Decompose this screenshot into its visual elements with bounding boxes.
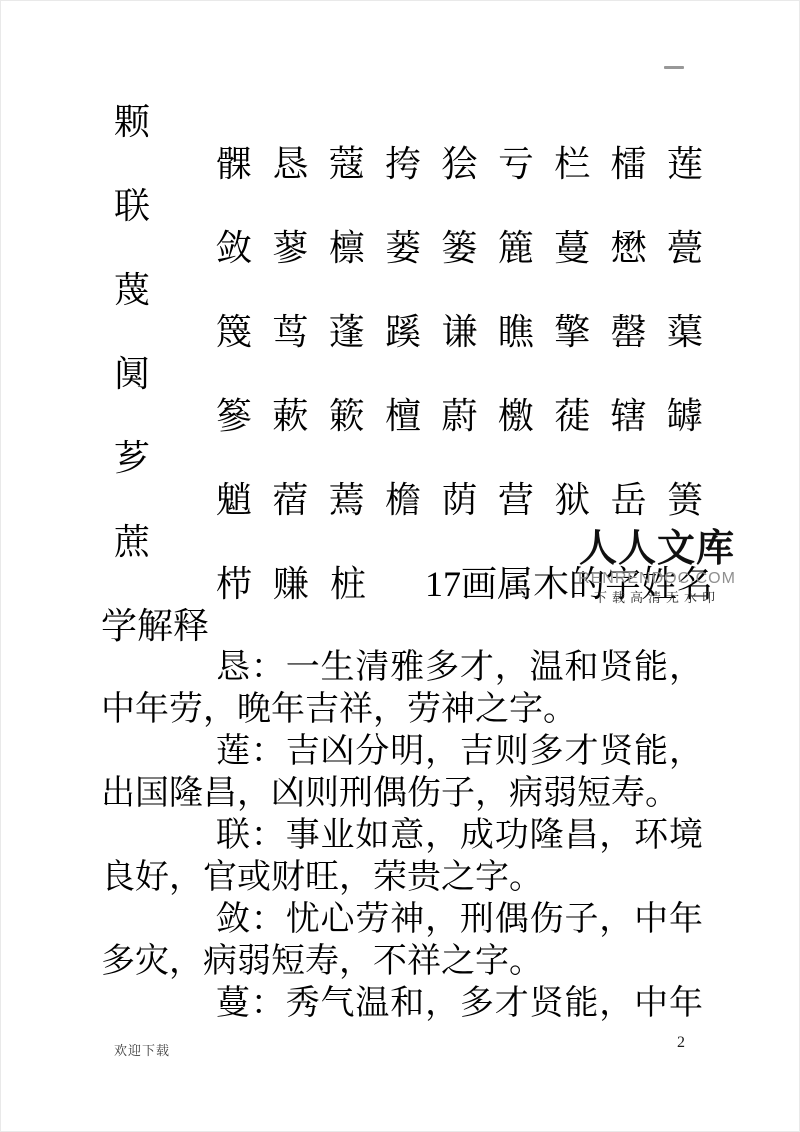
paragraph-line: 联：事业如意，成功隆昌，环境 [101,815,703,857]
watermark-brand: 人人文库 [572,528,742,570]
char-row: 篾 茑 蓬 蹊 谦 瞧 擎 罄 蕖 [101,311,703,353]
paragraph-line: 莲：吉凶分明，吉则多才贤能， [101,731,703,773]
wrapped-char: 蔑 [101,269,703,311]
paragraph-line: 出国隆昌，凶则刑偶伤子，病弱短寿。 [101,773,703,815]
page-number: 2 [677,1034,685,1052]
char-row: 敛 蓼 檩 蒌 篓 簏 蔓 懋 甍 [101,227,703,269]
top-dash-mark [664,66,684,69]
paragraph-line: 敛：忧心劳神，刑偶伤子，中年 [101,899,703,941]
char-row: 魈 蓿 蔫 檐 荫 营 狱 岳 箦 [101,479,703,521]
wrapped-char: 颗 [101,101,703,143]
wrapped-char: 联 [101,185,703,227]
document-page: 颗 髁 恳 蔻 挎 狯 亏 栏 檑 莲 联 敛 蓼 檩 蒌 篓 簏 蔓 懋 甍 … [0,0,800,1132]
paragraph-line: 蔓：秀气温和，多才贤能，中年 [101,983,703,1025]
char-row-fragment: 栉 赚 桩 [216,564,366,604]
paragraph-line: 良好，官或财旺，荣贵之字。 [101,857,703,899]
section-title-wrap: 学解释 [101,605,703,647]
char-row: 髁 恳 蔻 挎 狯 亏 栏 檑 莲 [101,143,703,185]
char-row: 篸 蔌 簌 檀 蔚 檄 蓰 辖 罅 [101,395,703,437]
watermark-domain: RENRENDOC.COM [572,570,742,587]
wrapped-char: 阒 [101,353,703,395]
watermark: 人人文库 RENRENDOC.COM 下载高清无水印 [572,528,742,606]
paragraph-line: 中年劳，晚年吉祥，劳神之字。 [101,689,703,731]
paragraph-line: 恳：一生清雅多才，温和贤能， [101,647,703,689]
footer-welcome-text: 欢迎下载 [114,1040,170,1059]
paragraph-line: 多灾，病弱短寿，不祥之字。 [101,941,703,983]
watermark-tagline: 下载高清无水印 [572,589,742,606]
wrapped-char: 芗 [101,437,703,479]
